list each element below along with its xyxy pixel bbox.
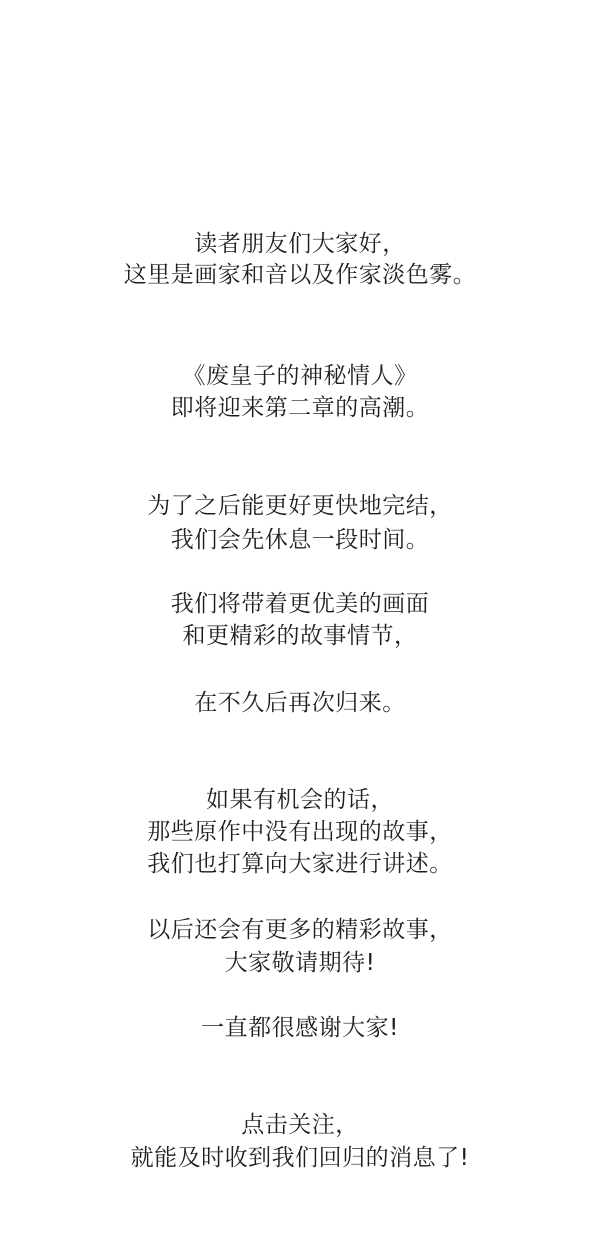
text-line: 我们会先休息一段时间。 [0, 524, 600, 556]
text-line: 《废皇子的神秘情人》 [0, 360, 600, 392]
text-line: 如果有机会的话， [0, 784, 600, 816]
text-line: 就能及时收到我们回归的消息了! [0, 1142, 600, 1174]
text-line: 那些原作中没有出现的故事， [0, 816, 600, 848]
text-line: 在不久后再次归来。 [0, 687, 600, 719]
text-line: 以后还会有更多的精彩故事， [0, 914, 600, 946]
text-line: 我们将带着更优美的画面 [0, 588, 600, 620]
text-line: 即将迎来第二章的高潮。 [0, 392, 600, 424]
text-line: 点击关注， [0, 1109, 600, 1141]
text-line: 我们也打算向大家进行讲述。 [0, 848, 600, 880]
text-line: 一直都很感谢大家! [0, 1012, 600, 1044]
text-line: 为了之后能更好更快地完结， [0, 490, 600, 522]
text-line: 和更精彩的故事情节， [0, 620, 600, 652]
author-notice-page: 读者朋友们大家好， 这里是画家和音以及作家淡色雾。 《废皇子的神秘情人》 即将迎… [0, 0, 600, 1244]
text-line: 读者朋友们大家好， [0, 228, 600, 260]
text-line: 大家敬请期待! [0, 947, 600, 979]
text-line: 这里是画家和音以及作家淡色雾。 [0, 259, 600, 291]
